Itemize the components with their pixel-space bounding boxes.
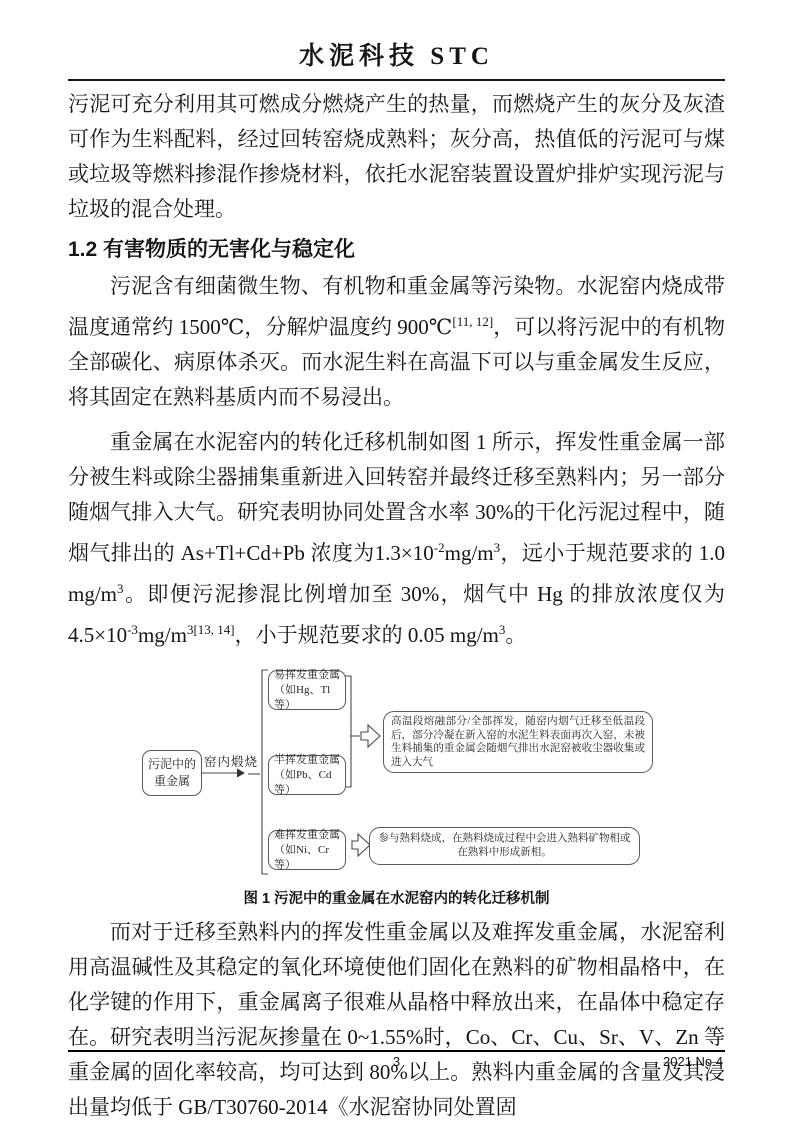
issue-number: 2021.No.4 (663, 1054, 723, 1069)
block-arrow-icon-top (361, 725, 380, 747)
diagram-branch-semivolatile: 半挥发重金属 （如Pb、Cd等） (268, 755, 346, 795)
diagram-outcome-volatile: 高温段熔融部分/全部挥发，随窑内烟气迁移至低温段后，部分冷凝在新入窑的水泥生料表… (383, 711, 653, 773)
footer-row: 3 2021.No.4 (68, 1054, 725, 1074)
figure-1: 污泥中的 重金属 窑内煅烧 易挥发重金属 （如Hg、Tl等） 半挥发重金属 （如… (68, 663, 725, 911)
diagram-outcome-nonvolatile: 参与熟料烧成，在熟料烧成过程中会进入熟料矿物相或在熟料中形成新相。 (369, 827, 640, 865)
paragraph-solidify: 而对于迁移至熟料内的挥发性重金属以及难挥发重金属，水泥窑利用高温碱性及其稳定的氧… (68, 915, 725, 1122)
page-number: 3 (68, 1054, 725, 1069)
paragraph-migration: 重金属在水泥窑内的转化迁移机制如图 1 所示，挥发性重金属一部分被生料或除尘器捕… (68, 425, 725, 653)
figure-caption: 图 1 污泥中的重金属在水泥窑内的转化迁移机制 (68, 887, 725, 911)
footer-rule (68, 1050, 725, 1052)
diagram-source-box: 污泥中的 重金属 (142, 750, 202, 796)
page-footer: 3 2021.No.4 (68, 1050, 725, 1074)
diagram-branch-volatile: 易挥发重金属 （如Hg、Tl等） (268, 670, 346, 710)
journal-title: 水泥科技 STC (68, 42, 725, 72)
paragraph-harmless: 污泥含有细菌微生物、有机物和重金属等污染物。水泥窑内烧成带温度通常约 1500℃… (68, 269, 725, 415)
article-body: 污泥可充分利用其可燃成分燃烧产生的热量，而燃烧产生的灰分及灰渣可作为生料配料，经… (68, 87, 725, 1122)
paragraph-intro: 污泥可充分利用其可燃成分燃烧产生的热量，而燃烧产生的灰分及灰渣可作为生料配料，经… (68, 87, 725, 227)
diagram-process-label: 窑内煅烧 (204, 752, 258, 770)
diagram-canvas: 污泥中的 重金属 窑内煅烧 易挥发重金属 （如Hg、Tl等） 半挥发重金属 （如… (68, 663, 725, 885)
page-header: 水泥科技 STC (68, 42, 725, 81)
block-arrow-icon-bottom (352, 834, 370, 856)
diagram-branch-nonvolatile: 难挥发重金属 （如Ni、Cr等） (268, 830, 346, 870)
section-heading: 1.2 有害物质的无害化与稳定化 (68, 237, 725, 263)
header-rule (68, 79, 725, 81)
